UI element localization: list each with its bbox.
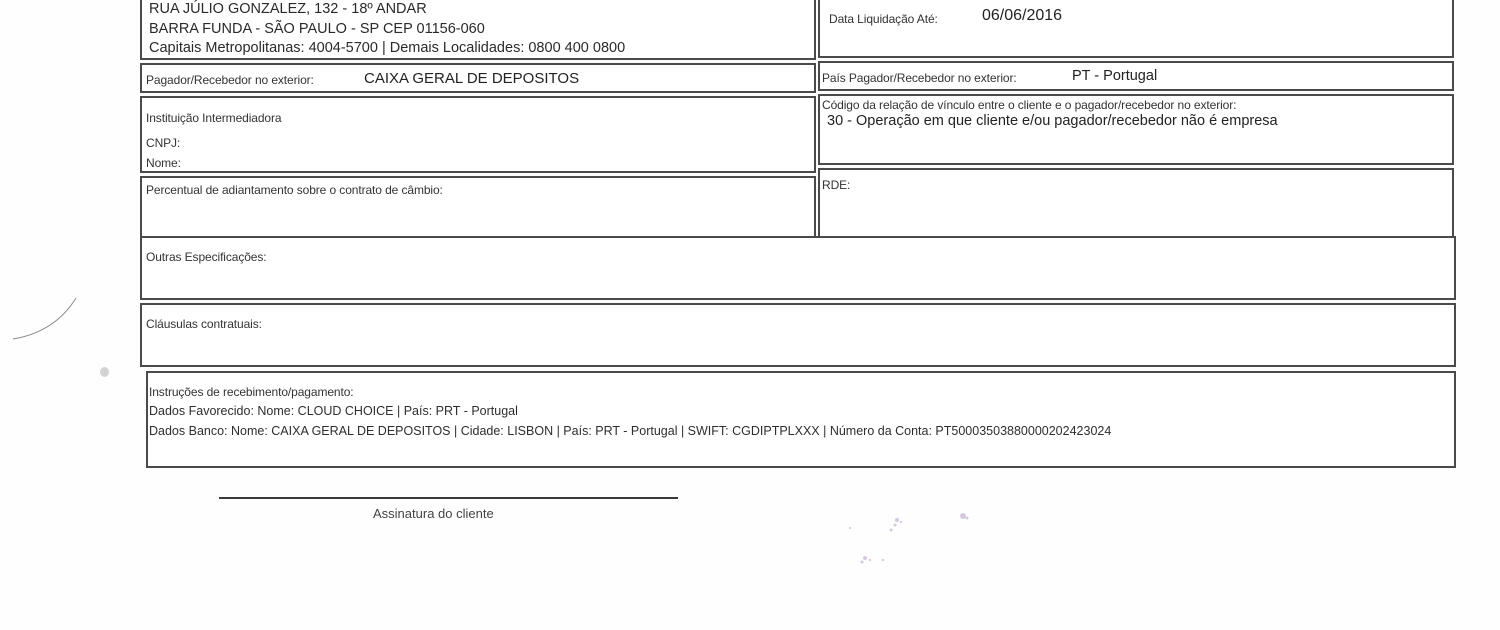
settlement-date-box: Data Liquidação Até: 06/06/2016 xyxy=(818,0,1454,58)
stamp-smudge-icon xyxy=(845,500,985,580)
other-specifications-label: Outras Especificações: xyxy=(146,250,267,264)
payment-instructions-label: Instruções de recebimento/pagamento: xyxy=(149,385,354,399)
payer-country-value: PT - Portugal xyxy=(1072,68,1157,84)
payer-country-box: País Pagador/Recebedor no exterior: PT -… xyxy=(818,61,1454,91)
advance-percentage-label: Percentual de adiantamento sobre o contr… xyxy=(146,183,443,197)
payer-receiver-value: CAIXA GERAL DE DEPOSITOS xyxy=(364,70,579,87)
pencil-mark-arc-icon xyxy=(0,270,90,340)
bank-address-line-1: RUA JÚLIO GONZALEZ, 132 - 18º ANDAR xyxy=(149,1,427,17)
intermediary-institution-title: Instituição Intermediadora xyxy=(146,111,281,125)
contract-clauses-label: Cláusulas contratuais: xyxy=(146,317,262,331)
cnpj-label: CNPJ: xyxy=(146,136,180,150)
contract-clauses-box: Cláusulas contratuais: xyxy=(140,303,1456,367)
bank-address-line-2: BARRA FUNDA - SÃO PAULO - SP CEP 01156-0… xyxy=(149,21,485,37)
bank-contact-phones: Capitais Metropolitanas: 4004-5700 | Dem… xyxy=(149,40,625,56)
payer-receiver-label: Pagador/Recebedor no exterior: xyxy=(146,73,314,87)
signature-line xyxy=(219,497,678,499)
rde-box: RDE: xyxy=(818,168,1454,239)
signature-label: Assinatura do cliente xyxy=(373,506,494,521)
bank-details: Dados Banco: Nome: CAIXA GERAL DE DEPOSI… xyxy=(149,424,1111,438)
settlement-date-value: 06/06/2016 xyxy=(982,7,1062,25)
beneficiary-details: Dados Favorecido: Nome: CLOUD CHOICE | P… xyxy=(149,404,518,418)
payment-instructions-box: Instruções de recebimento/pagamento: Dad… xyxy=(146,371,1456,468)
rde-label: RDE: xyxy=(822,178,850,192)
payer-country-label: País Pagador/Recebedor no exterior: xyxy=(822,71,1017,85)
advance-percentage-box: Percentual de adiantamento sobre o contr… xyxy=(140,176,816,240)
relationship-code-value: 30 - Operação em que cliente e/ou pagado… xyxy=(827,113,1278,129)
payer-receiver-box: Pagador/Recebedor no exterior: CAIXA GER… xyxy=(140,63,816,93)
settlement-date-label: Data Liquidação Até: xyxy=(829,12,938,26)
scan-dot-mark xyxy=(100,367,109,377)
nome-label: Nome: xyxy=(146,156,181,170)
relationship-code-box: Código da relação de vínculo entre o cli… xyxy=(818,94,1454,165)
relationship-code-label: Código da relação de vínculo entre o cli… xyxy=(822,98,1236,112)
bank-address-box: RUA JÚLIO GONZALEZ, 132 - 18º ANDAR BARR… xyxy=(140,0,816,60)
scanned-document-page: RUA JÚLIO GONZALEZ, 132 - 18º ANDAR BARR… xyxy=(0,0,1500,630)
intermediary-institution-box: Instituição Intermediadora CNPJ: Nome: xyxy=(140,96,816,173)
other-specifications-box: Outras Especificações: xyxy=(140,236,1456,300)
